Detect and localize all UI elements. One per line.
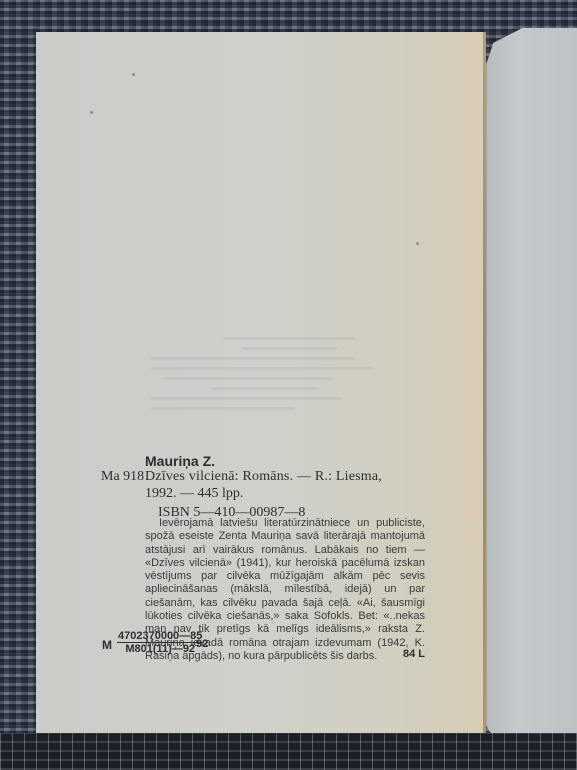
catalog-classmark: Ma 918	[101, 469, 144, 485]
imprint-letter: M	[102, 638, 112, 652]
catalog-publication: 1992. — 445 lpp.	[145, 486, 243, 502]
paper-speck	[416, 242, 419, 245]
catalog-author: Mauriņa Z.	[145, 453, 215, 469]
print-code: 84 L	[403, 648, 425, 660]
woven-mat-bottom	[0, 733, 577, 770]
imprint-numerator: 4702370000—85	[117, 630, 203, 643]
imprint-denominator: M801(11)—92	[117, 643, 203, 655]
paper-speck	[90, 111, 93, 114]
catalog-title: Dzīves vilcienā: Romāns. — R.: Liesma,	[145, 469, 382, 485]
facing-page	[486, 28, 577, 770]
imprint-fraction: 4702370000—85 M801(11)—92	[117, 630, 203, 655]
bleed-through-text	[151, 330, 391, 417]
paper-speck	[132, 73, 135, 76]
imprint-suffix: 92	[196, 638, 208, 650]
